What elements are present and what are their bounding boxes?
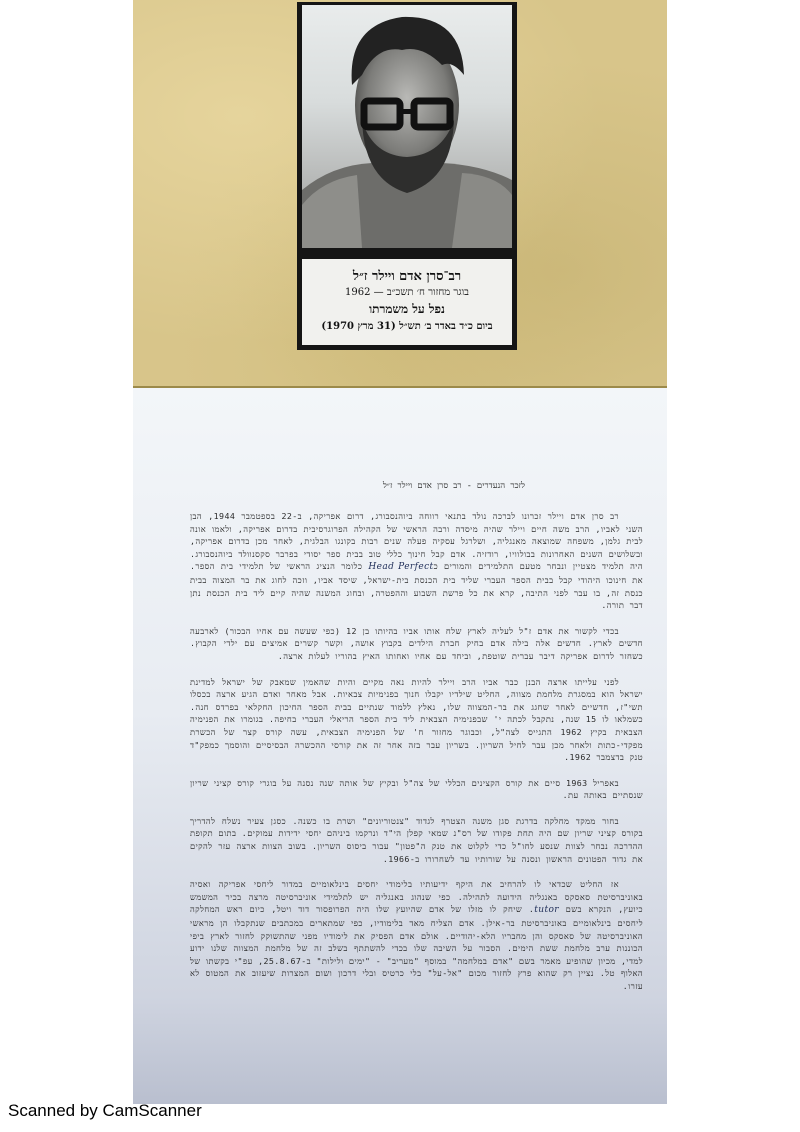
paragraph-3: לפני עלייתו ארצה הבנן כבר אביו הרב ויילר… bbox=[190, 676, 643, 764]
memorial-name: רב־סרן אדם ויילר ז״ל bbox=[302, 268, 512, 284]
scanner-watermark: Scanned by CamScanner bbox=[8, 1101, 202, 1121]
paragraph-1: רב סרן אדם ויילר זכרונו לברכה נולד בתנאי… bbox=[190, 510, 643, 612]
paragraph-4: באפריל 1963 סיים את קורס הקצינים הכללי ש… bbox=[190, 777, 643, 802]
memorial-fell-line: נפל על משמרתו bbox=[302, 302, 512, 317]
portrait-figure-icon bbox=[302, 5, 512, 248]
memorial-caption: רב־סרן אדם ויילר ז״ל בוגר מחזור ח׳ תשכ״ב… bbox=[302, 259, 512, 345]
paragraph-5: בחור ממקד מחלקה בדרגת סגן משנה הצטרף לגד… bbox=[190, 815, 643, 865]
album-page-background: רב־סרן אדם ויילר ז״ל בוגר מחזור ח׳ תשכ״ב… bbox=[133, 0, 667, 388]
memorial-card: רב־סרן אדם ויילר ז״ל בוגר מחזור ח׳ תשכ״ב… bbox=[297, 2, 517, 350]
document-title: לזכר הנעדרים - רב סרן אדם ויילר ז״ל bbox=[190, 480, 643, 491]
typed-document-page: לזכר הנעדרים - רב סרן אדם ויילר ז״ל רב ס… bbox=[133, 388, 667, 1104]
portrait-photo bbox=[302, 5, 512, 248]
handwritten-note: Head Perfect bbox=[368, 562, 433, 572]
paragraph-6: אז החליט שכדאי לו להרחיב את היקף ידיעותי… bbox=[190, 878, 643, 992]
document-body: רב סרן אדם ויילר זכרונו לברכה נולד בתנאי… bbox=[190, 510, 643, 1006]
memorial-class-line: בוגר מחזור ח׳ תשכ״ב — 1962 bbox=[302, 287, 512, 298]
paragraph-2: בכדי לקשור את אדם ז"ל לעליה לארץ שלח אות… bbox=[190, 625, 643, 663]
scanned-page: רב־סרן אדם ויילר ז״ל בוגר מחזור ח׳ תשכ״ב… bbox=[133, 0, 667, 1104]
memorial-date-line: ביום כ״ד באדר ב׳ תש״ל (31 מרץ 1970) bbox=[302, 321, 512, 332]
handwritten-note: tutor bbox=[534, 905, 559, 915]
